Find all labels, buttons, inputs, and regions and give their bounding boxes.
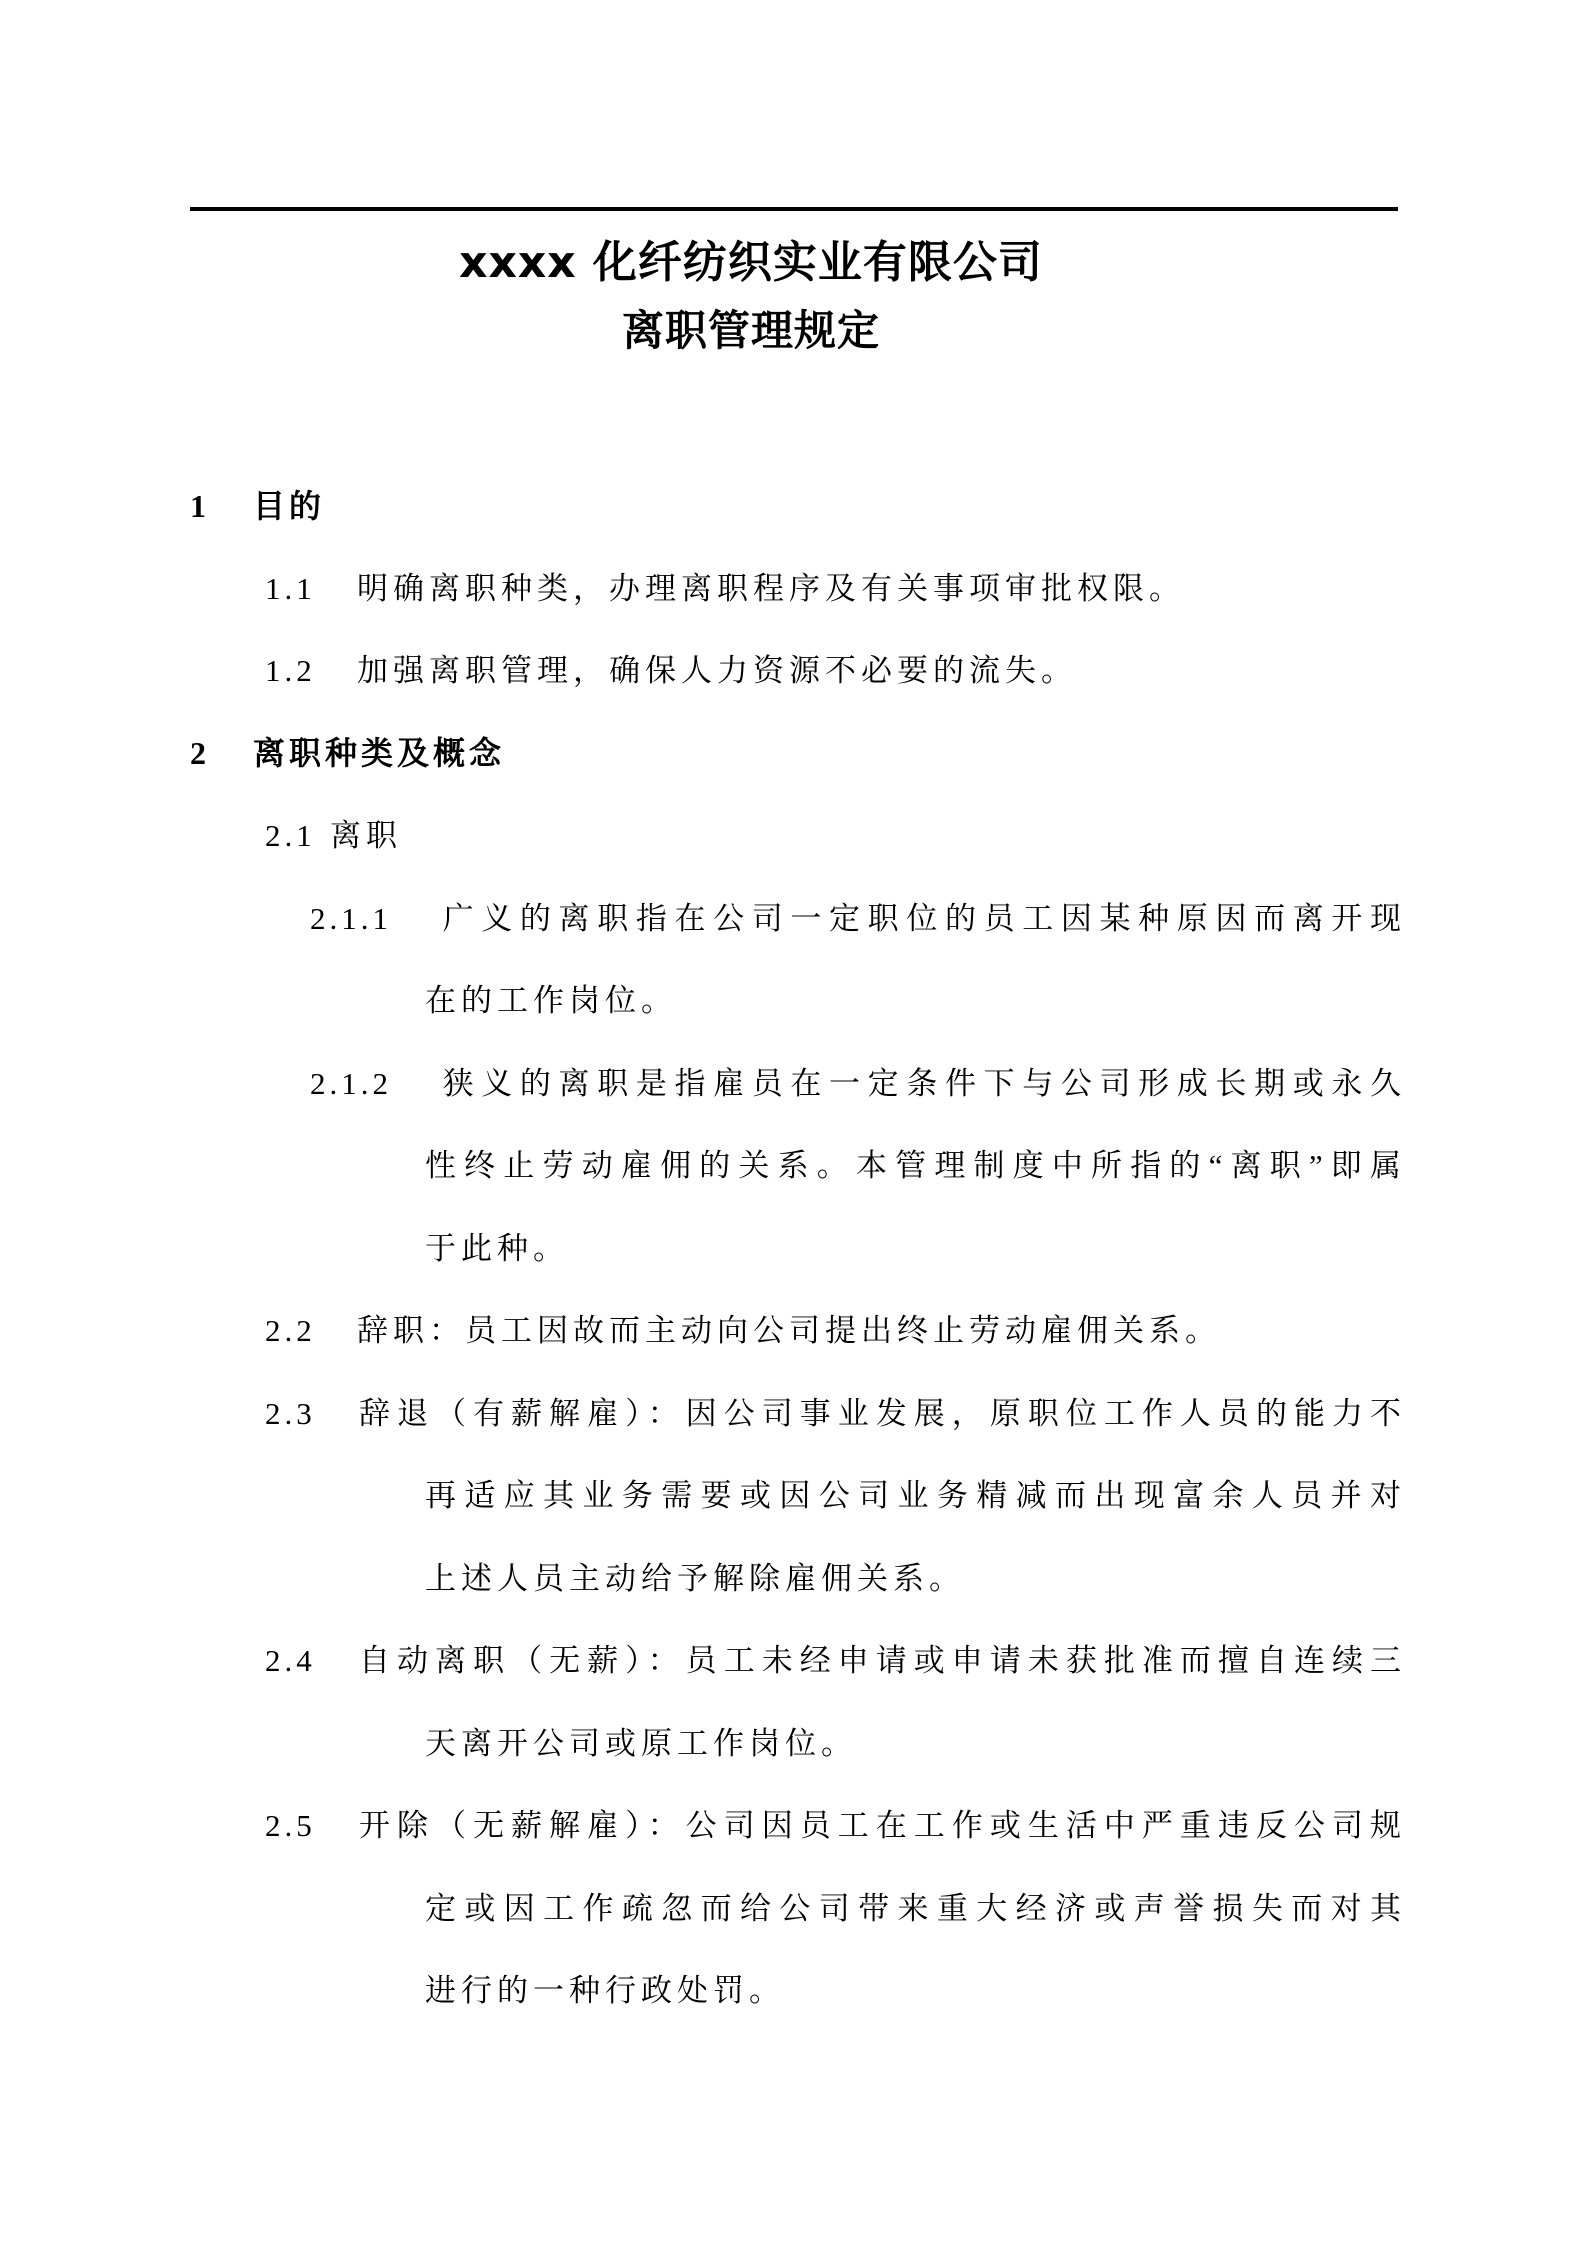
clause-text: 广义的离职指在公司一定职位的员工因某种原因而离开现 (440, 901, 1406, 936)
clause-text: 定或因工作疏忽而给公司带来重大经济或声誉损失而对其 (425, 1891, 1406, 1926)
clause-1-1: 1.1明确离职种类，办理离职程序及有关事项审批权限。 (265, 569, 1406, 609)
clause-text: 加强离职管理，确保人力资源不必要的流失。 (357, 653, 1077, 688)
clause-number: 2.2 (265, 1311, 357, 1351)
clause-number: 2.1 (265, 816, 330, 856)
clause-text: 离职种类及概念 (253, 735, 505, 771)
clause-number: 2.1.2 (310, 1064, 440, 1104)
header-divider (190, 207, 1398, 211)
clause-2-5-continued: 进行的一种行政处罚。 (425, 1971, 1406, 2011)
company-title: xxxx 化纤纺织实业有限公司 (0, 237, 1502, 290)
clause-number: 1.1 (265, 569, 357, 609)
clause-2-5-continued: 定或因工作疏忽而给公司带来重大经济或声誉损失而对其 (425, 1889, 1406, 1929)
clause-2-1-2-continued: 于此种。 (425, 1229, 1406, 1269)
clause-text: 上述人员主动给予解除雇佣关系。 (425, 1561, 965, 1596)
clause-text: 再适应其业务需要或因公司业务精减而出现富余人员并对 (425, 1478, 1406, 1513)
clause-text: 明确离职种类，办理离职程序及有关事项审批权限。 (357, 571, 1185, 606)
clause-text: 目的 (253, 488, 325, 524)
clause-text: 自动离职（无薪）：员工未经申请或申请未获批准而擅自连续三 (357, 1643, 1406, 1678)
clause-text: 天离开公司或原工作岗位。 (425, 1726, 857, 1761)
clause-2-1: 2.1离职 (265, 816, 1406, 856)
clause-2-3: 2.3辞退（有薪解雇）：因公司事业发展，原职位工作人员的能力不 (265, 1394, 1406, 1434)
clause-text: 辞退（有薪解雇）：因公司事业发展，原职位工作人员的能力不 (357, 1396, 1406, 1431)
clause-number: 1.2 (265, 651, 357, 691)
clause-2-1-1: 2.1.1广义的离职指在公司一定职位的员工因某种原因而离开现 (310, 899, 1406, 939)
clause-number: 2.3 (265, 1394, 357, 1434)
clause-text: 进行的一种行政处罚。 (425, 1973, 785, 2008)
document-title: 离职管理规定 (0, 306, 1502, 356)
clause-number: 2.5 (265, 1806, 357, 1846)
section-heading-1: 1目的 (190, 486, 1400, 526)
clause-2-2: 2.2辞职：员工因故而主动向公司提出终止劳动雇佣关系。 (265, 1311, 1406, 1351)
clause-number: 2 (190, 733, 253, 773)
clause-text: 性终止劳动雇佣的关系。本管理制度中所指的“离职”即属 (425, 1148, 1406, 1183)
clause-text: 狭义的离职是指雇员在一定条件下与公司形成长期或永久 (440, 1066, 1406, 1101)
section-heading-2: 2离职种类及概念 (190, 733, 1400, 773)
document-page: xxxx 化纤纺织实业有限公司 离职管理规定 1目的 1.1明确离职种类，办理离… (0, 0, 1587, 2245)
clause-2-1-2: 2.1.2狭义的离职是指雇员在一定条件下与公司形成长期或永久 (310, 1064, 1406, 1104)
clause-text: 在的工作岗位。 (425, 983, 677, 1018)
clause-2-1-1-continued: 在的工作岗位。 (425, 981, 1406, 1021)
clause-number: 1 (190, 486, 253, 526)
clause-1-2: 1.2加强离职管理，确保人力资源不必要的流失。 (265, 651, 1406, 691)
clause-text: 于此种。 (425, 1231, 569, 1266)
clause-2-5: 2.5开除（无薪解雇）：公司因员工在工作或生活中严重违反公司规 (265, 1806, 1406, 1846)
clause-text: 辞职：员工因故而主动向公司提出终止劳动雇佣关系。 (357, 1313, 1221, 1348)
clause-text: 离职 (330, 818, 402, 853)
clause-text: 开除（无薪解雇）：公司因员工在工作或生活中严重违反公司规 (357, 1808, 1406, 1843)
clause-2-4-continued: 天离开公司或原工作岗位。 (425, 1724, 1406, 1764)
clause-2-3-continued: 上述人员主动给予解除雇佣关系。 (425, 1559, 1406, 1599)
clause-number: 2.1.1 (310, 899, 440, 939)
clause-2-3-continued: 再适应其业务需要或因公司业务精减而出现富余人员并对 (425, 1476, 1406, 1516)
clause-2-4: 2.4自动离职（无薪）：员工未经申请或申请未获批准而擅自连续三 (265, 1641, 1406, 1681)
clause-2-1-2-continued: 性终止劳动雇佣的关系。本管理制度中所指的“离职”即属 (425, 1146, 1406, 1186)
clause-number: 2.4 (265, 1641, 357, 1681)
